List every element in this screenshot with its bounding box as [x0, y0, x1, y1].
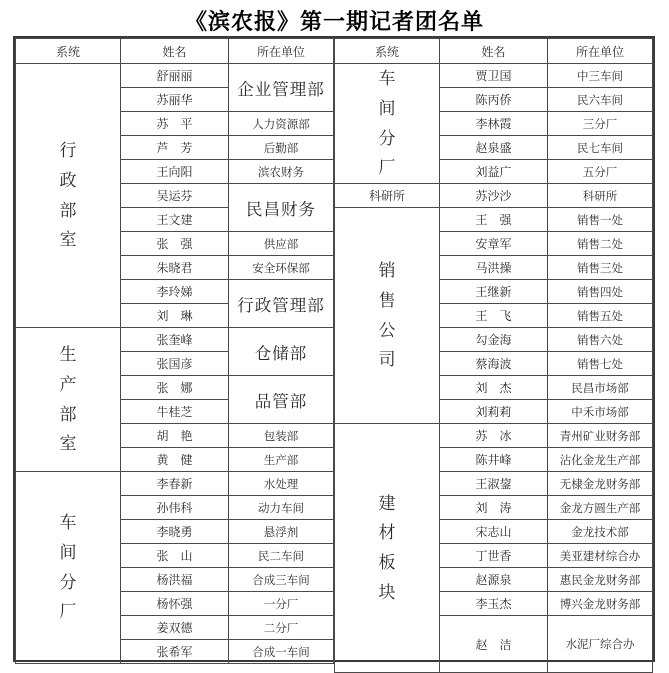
- name-cell: 陈井峰: [439, 448, 547, 472]
- unit-cell: 五分厂: [548, 160, 653, 184]
- group-cell: 车间分厂: [335, 64, 440, 184]
- group-cell: 科研所: [335, 184, 440, 208]
- name-cell: 苏沙沙: [439, 184, 547, 208]
- unit-cell: 悬浮剂: [229, 520, 334, 544]
- unit-cell: 三分厂: [548, 112, 653, 136]
- name-cell: 李林霞: [439, 112, 547, 136]
- column-header: 姓名: [120, 39, 228, 64]
- name-cell: 吴运芬: [120, 184, 228, 208]
- unit-cell: 销售一处: [548, 208, 653, 232]
- group-label: 生产部室: [57, 340, 78, 459]
- unit-cell: 行政管理部: [229, 280, 334, 328]
- unit-cell: 博兴金龙财务部: [548, 592, 653, 616]
- unit-cell: 人力资源部: [229, 112, 334, 136]
- name-cell: 苏 平: [120, 112, 228, 136]
- unit-cell: 金龙技术部: [548, 520, 653, 544]
- name-cell: 舒丽丽: [120, 64, 228, 88]
- name-cell: 朱晓君: [120, 256, 228, 280]
- unit-cell: 销售四处: [548, 280, 653, 304]
- name-cell: 黄 健: [120, 448, 228, 472]
- roster-table-right: 系统姓名所在单位车间分厂贾卫国中三车间陈丙侨民六车间李林霞三分厂赵泉盛民七车间刘…: [334, 38, 653, 673]
- header-row: 系统姓名所在单位: [335, 39, 653, 64]
- group-label: 科研所: [335, 187, 439, 204]
- unit-cell: 无棣金龙财务部: [548, 472, 653, 496]
- name-cell: 刘 涛: [439, 496, 547, 520]
- group-cell: 销售公司: [335, 208, 440, 424]
- unit-cell: 企业管理部: [229, 64, 334, 112]
- name-cell: 陈丙侨: [439, 88, 547, 112]
- table-row: 生产部室张奎峰仓储部: [16, 328, 334, 352]
- page-title: 《滨农报》第一期记者团名单: [0, 5, 669, 36]
- unit-cell: 合成三车间: [229, 568, 334, 592]
- unit-cell: 民昌财务: [229, 184, 334, 232]
- unit-cell: 水处理: [229, 472, 334, 496]
- unit-cell: 仓储部: [229, 328, 334, 376]
- unit-cell: 二分厂: [229, 616, 334, 640]
- column-header: 系统: [16, 39, 121, 64]
- unit-cell: 销售七处: [548, 352, 653, 376]
- name-cell: 王继新: [439, 280, 547, 304]
- name-cell: 李玉杰: [439, 592, 547, 616]
- name-cell: 刘益广: [439, 160, 547, 184]
- name-cell: 姜双德: [120, 616, 228, 640]
- group-label: 行政部室: [57, 136, 78, 255]
- name-cell: 张 强: [120, 232, 228, 256]
- name-cell: 胡 艳: [120, 424, 228, 448]
- unit-cell: 民七车间: [548, 136, 653, 160]
- name-cell: 李晓勇: [120, 520, 228, 544]
- unit-cell: 水泥厂综合办: [548, 616, 653, 673]
- name-cell: 牛桂芝: [120, 400, 228, 424]
- name-cell: 刘 杰: [439, 376, 547, 400]
- name-cell: 杨洪福: [120, 568, 228, 592]
- roster-table-left: 系统姓名所在单位行政部室舒丽丽企业管理部苏丽华苏 平人力资源部芦 芳后勤部王向阳…: [15, 38, 334, 664]
- name-cell: 贾卫国: [439, 64, 547, 88]
- unit-cell: 中三车间: [548, 64, 653, 88]
- unit-cell: 滨农财务: [229, 160, 334, 184]
- table-row: 科研所苏沙沙科研所: [335, 184, 653, 208]
- group-cell: 生产部室: [16, 328, 121, 472]
- name-cell: 宋志山: [439, 520, 547, 544]
- name-cell: 丁世香: [439, 544, 547, 568]
- name-cell: 张希军: [120, 640, 228, 664]
- unit-cell: 民六车间: [548, 88, 653, 112]
- unit-cell: 民二车间: [229, 544, 334, 568]
- unit-cell: 销售三处: [548, 256, 653, 280]
- group-label: 销售公司: [376, 256, 397, 375]
- name-cell: 李春新: [120, 472, 228, 496]
- unit-cell: 科研所: [548, 184, 653, 208]
- group-cell: 建材板块: [335, 424, 440, 673]
- name-cell: 刘 琳: [120, 304, 228, 328]
- unit-cell: 美亚建材综合办: [548, 544, 653, 568]
- unit-cell: 销售六处: [548, 328, 653, 352]
- unit-cell: 销售五处: [548, 304, 653, 328]
- name-cell: 赵泉盛: [439, 136, 547, 160]
- column-header: 所在单位: [229, 39, 334, 64]
- name-cell: 张 娜: [120, 376, 228, 400]
- name-cell: 王 飞: [439, 304, 547, 328]
- name-cell: 安章军: [439, 232, 547, 256]
- table-row: 销售公司王 强销售一处: [335, 208, 653, 232]
- name-cell: 张 山: [120, 544, 228, 568]
- unit-cell: 合成一车间: [229, 640, 334, 664]
- unit-cell: 民昌市场部: [548, 376, 653, 400]
- roster-table: 系统姓名所在单位行政部室舒丽丽企业管理部苏丽华苏 平人力资源部芦 芳后勤部王向阳…: [13, 36, 655, 662]
- name-cell: 杨怀强: [120, 592, 228, 616]
- group-label: 车间分厂: [57, 508, 78, 627]
- name-cell: 赵源泉: [439, 568, 547, 592]
- unit-cell: 后勤部: [229, 136, 334, 160]
- unit-cell: 销售二处: [548, 232, 653, 256]
- name-cell: 王文建: [120, 208, 228, 232]
- name-cell: 芦 芳: [120, 136, 228, 160]
- unit-cell: 供应部: [229, 232, 334, 256]
- name-cell: 苏 冰: [439, 424, 547, 448]
- name-cell: 张奎峰: [120, 328, 228, 352]
- group-label: 建材板块: [376, 489, 397, 608]
- unit-cell: 青州矿业财务部: [548, 424, 653, 448]
- unit-cell: 包装部: [229, 424, 334, 448]
- column-header: 姓名: [439, 39, 547, 64]
- unit-cell: 生产部: [229, 448, 334, 472]
- name-cell: 苏丽华: [120, 88, 228, 112]
- name-cell: 王 强: [439, 208, 547, 232]
- unit-cell: 沾化金龙生产部: [548, 448, 653, 472]
- name-cell: 赵 洁: [439, 616, 547, 673]
- name-cell: 勾金海: [439, 328, 547, 352]
- group-label: 车间分厂: [376, 64, 397, 183]
- unit-cell: 中禾市场部: [548, 400, 653, 424]
- group-cell: 行政部室: [16, 64, 121, 328]
- unit-cell: 惠民金龙财务部: [548, 568, 653, 592]
- column-header: 系统: [335, 39, 440, 64]
- name-cell: 孙伟科: [120, 496, 228, 520]
- name-cell: 张国彦: [120, 352, 228, 376]
- table-row: 建材板块苏 冰青州矿业财务部: [335, 424, 653, 448]
- unit-cell: 金龙方圆生产部: [548, 496, 653, 520]
- table-row: 行政部室舒丽丽企业管理部: [16, 64, 334, 88]
- unit-cell: 一分厂: [229, 592, 334, 616]
- name-cell: 王淑鋆: [439, 472, 547, 496]
- name-cell: 王向阳: [120, 160, 228, 184]
- table-row: 车间分厂贾卫国中三车间: [335, 64, 653, 88]
- table-row: 车间分厂李春新水处理: [16, 472, 334, 496]
- name-cell: 李玲娣: [120, 280, 228, 304]
- unit-cell: 安全环保部: [229, 256, 334, 280]
- unit-cell: 动力车间: [229, 496, 334, 520]
- name-cell: 马洪操: [439, 256, 547, 280]
- group-cell: 车间分厂: [16, 472, 121, 664]
- name-cell: 蔡海波: [439, 352, 547, 376]
- header-row: 系统姓名所在单位: [16, 39, 334, 64]
- column-header: 所在单位: [548, 39, 653, 64]
- name-cell: 刘莉莉: [439, 400, 547, 424]
- unit-cell: 品管部: [229, 376, 334, 424]
